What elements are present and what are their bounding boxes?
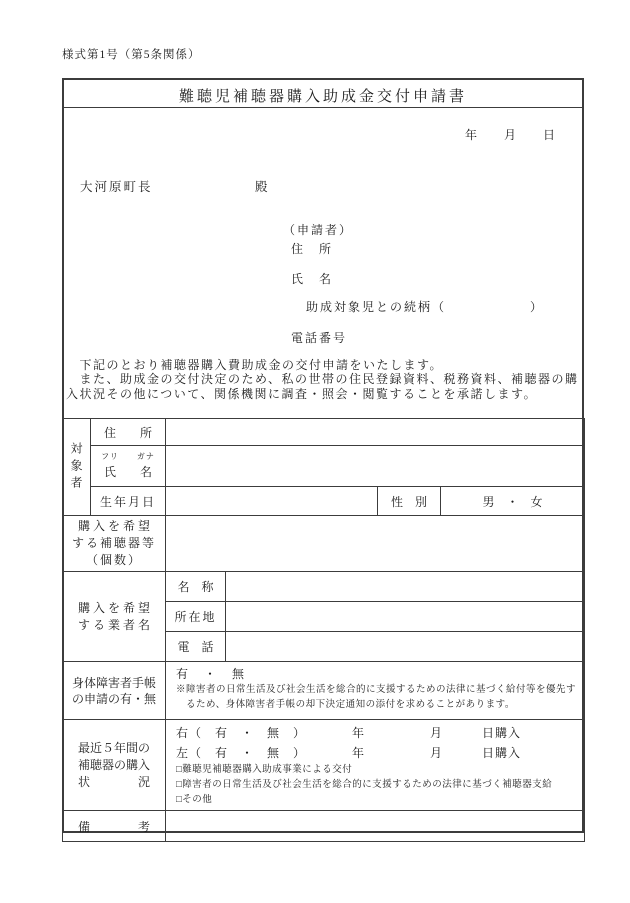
declaration-line-2: また、助成金の交付決定のため、私の世帯の住民登録資料、税務資料、補聴器の購 [66, 372, 582, 386]
table-row: 生年月日 性 別 男 ・ 女 [63, 487, 585, 516]
vendor-location-value [226, 602, 585, 632]
vendor-label-2: す る 業 者 名 [63, 617, 165, 634]
techo-value-cell: 有 ・ 無 ※障害者の日常生活及び社会生活を総合的に支援するための法律に基づく給… [166, 662, 585, 720]
remarks-label: 備 考 [63, 811, 166, 842]
history-right-ear-line: 右（ 有 ・ 無 ） 年 月 日購入 [176, 723, 584, 743]
date-fields: 年 月 日 [62, 126, 584, 143]
sex-label: 性 別 [378, 487, 441, 516]
subject-address-label: 住 所 [91, 419, 166, 446]
techo-label-cell: 身体障害者手帳 の申請の有・無 [63, 662, 166, 720]
vendor-name-label: 名 称 [166, 572, 226, 602]
table-row: 最近５年間の 補聴器の購入 状 況 右（ 有 ・ 無 ） 年 月 日購入 左（ … [63, 720, 585, 811]
addressee-name: 大河原町長 [80, 177, 153, 195]
subject-name-label: 氏 名 [91, 463, 165, 480]
history-checkbox-option-2: □障害者の日常生活及び社会生活を総合的に支援するための法律に基づく補聴器支給 [176, 778, 584, 793]
techo-note-line-1: ※障害者の日常生活及び社会生活を総合的に支援するための法律に基づく給付等を優先す [176, 683, 584, 698]
vendor-phone-value [226, 632, 585, 662]
application-form-page: 様式第1号（第5条関係） 難聴児補聴器購入助成金交付申請書 年 月 日 大河原町… [0, 0, 630, 903]
history-left-ear-line: 左（ 有 ・ 無 ） 年 月 日購入 [176, 743, 584, 763]
subject-group-label: 対象者 [68, 442, 85, 493]
birthdate-value [166, 487, 378, 516]
subject-name-value [166, 446, 585, 487]
vendor-location-label: 所在地 [166, 602, 226, 632]
table-row: 身体障害者手帳 の申請の有・無 有 ・ 無 ※障害者の日常生活及び社会生活を総合… [63, 662, 585, 720]
table-row: フリ ガナ 氏 名 [63, 446, 585, 487]
declaration-line-3: 入状況その他について、関係機関に調査・照会・閲覧することを承諾します。 [66, 387, 582, 401]
hearing-aid-label-1: 購 入 を 希 望 [63, 518, 165, 535]
history-checkbox-option-3: □その他 [176, 793, 584, 808]
declaration-line-1: 下記のとおり補聴器購入費助成金の交付申請をいたします。 [66, 358, 582, 372]
table-row: 購 入 を 希 望 する補聴器等 （個数） [63, 516, 585, 572]
applicant-phone-label: 電話番号 [291, 329, 347, 346]
birthdate-label: 生年月日 [91, 487, 166, 516]
techo-note-line-2: るため、身体障害者手帳の却下決定通知の添付を求めることがあります。 [176, 698, 584, 713]
vendor-label-cell: 購 入 を 希 望 す る 業 者 名 [63, 572, 166, 662]
form-title: 難聴児補聴器購入助成金交付申請書 [62, 85, 584, 106]
history-label-cell: 最近５年間の 補聴器の購入 状 況 [63, 720, 166, 811]
subject-address-value [166, 419, 585, 446]
title-divider-line [64, 107, 582, 108]
table-row: 備 考 [63, 811, 585, 842]
subject-name-label-cell: フリ ガナ 氏 名 [91, 446, 166, 487]
remarks-value [166, 811, 585, 842]
form-number-label: 様式第1号（第5条関係） [62, 46, 201, 62]
table-row: 対象者 住 所 [63, 419, 585, 446]
history-checkbox-option-1: □難聴児補聴器購入助成事業による交付 [176, 763, 584, 778]
vendor-label-1: 購 入 を 希 望 [63, 600, 165, 617]
applicant-address-label: 住 所 [291, 240, 333, 257]
applicant-relation-label: 助成対象児との続柄（ ） [306, 298, 544, 315]
history-value-cell: 右（ 有 ・ 無 ） 年 月 日購入 左（ 有 ・ 無 ） 年 月 日購入 □難… [166, 720, 585, 811]
subject-group-cell: 対象者 [63, 419, 91, 516]
history-label-2: 補聴器の購入 [63, 757, 165, 774]
furigana-label: フリ ガナ [91, 452, 165, 462]
hearing-aid-label-2: する補聴器等 [63, 535, 165, 552]
table-row: 購 入 を 希 望 す る 業 者 名 名 称 [63, 572, 585, 602]
techo-label-1: 身体障害者手帳 [63, 675, 165, 691]
history-label-3: 状 況 [63, 774, 165, 791]
vendor-name-value [226, 572, 585, 602]
applicant-name-label: 氏 名 [291, 270, 333, 287]
hearing-aid-value [166, 516, 585, 572]
hearing-aid-label-3: （個数） [63, 552, 165, 569]
history-label-1: 最近５年間の [63, 740, 165, 757]
hearing-aid-label-cell: 購 入 を 希 望 する補聴器等 （個数） [63, 516, 166, 572]
declaration-paragraph: 下記のとおり補聴器購入費助成金の交付申請をいたします。 また、助成金の交付決定の… [66, 358, 582, 401]
vendor-phone-label: 電 話 [166, 632, 226, 662]
techo-yes-no-options: 有 ・ 無 [176, 665, 584, 683]
applicant-heading: （申請者） [283, 221, 353, 238]
sex-options: 男 ・ 女 [441, 487, 585, 516]
addressee-honorific: 殿 [255, 177, 268, 195]
techo-label-2: の申請の有・無 [63, 691, 165, 707]
application-detail-table: 対象者 住 所 フリ ガナ 氏 名 生年月日 性 別 男 ・ 女 [62, 418, 585, 842]
